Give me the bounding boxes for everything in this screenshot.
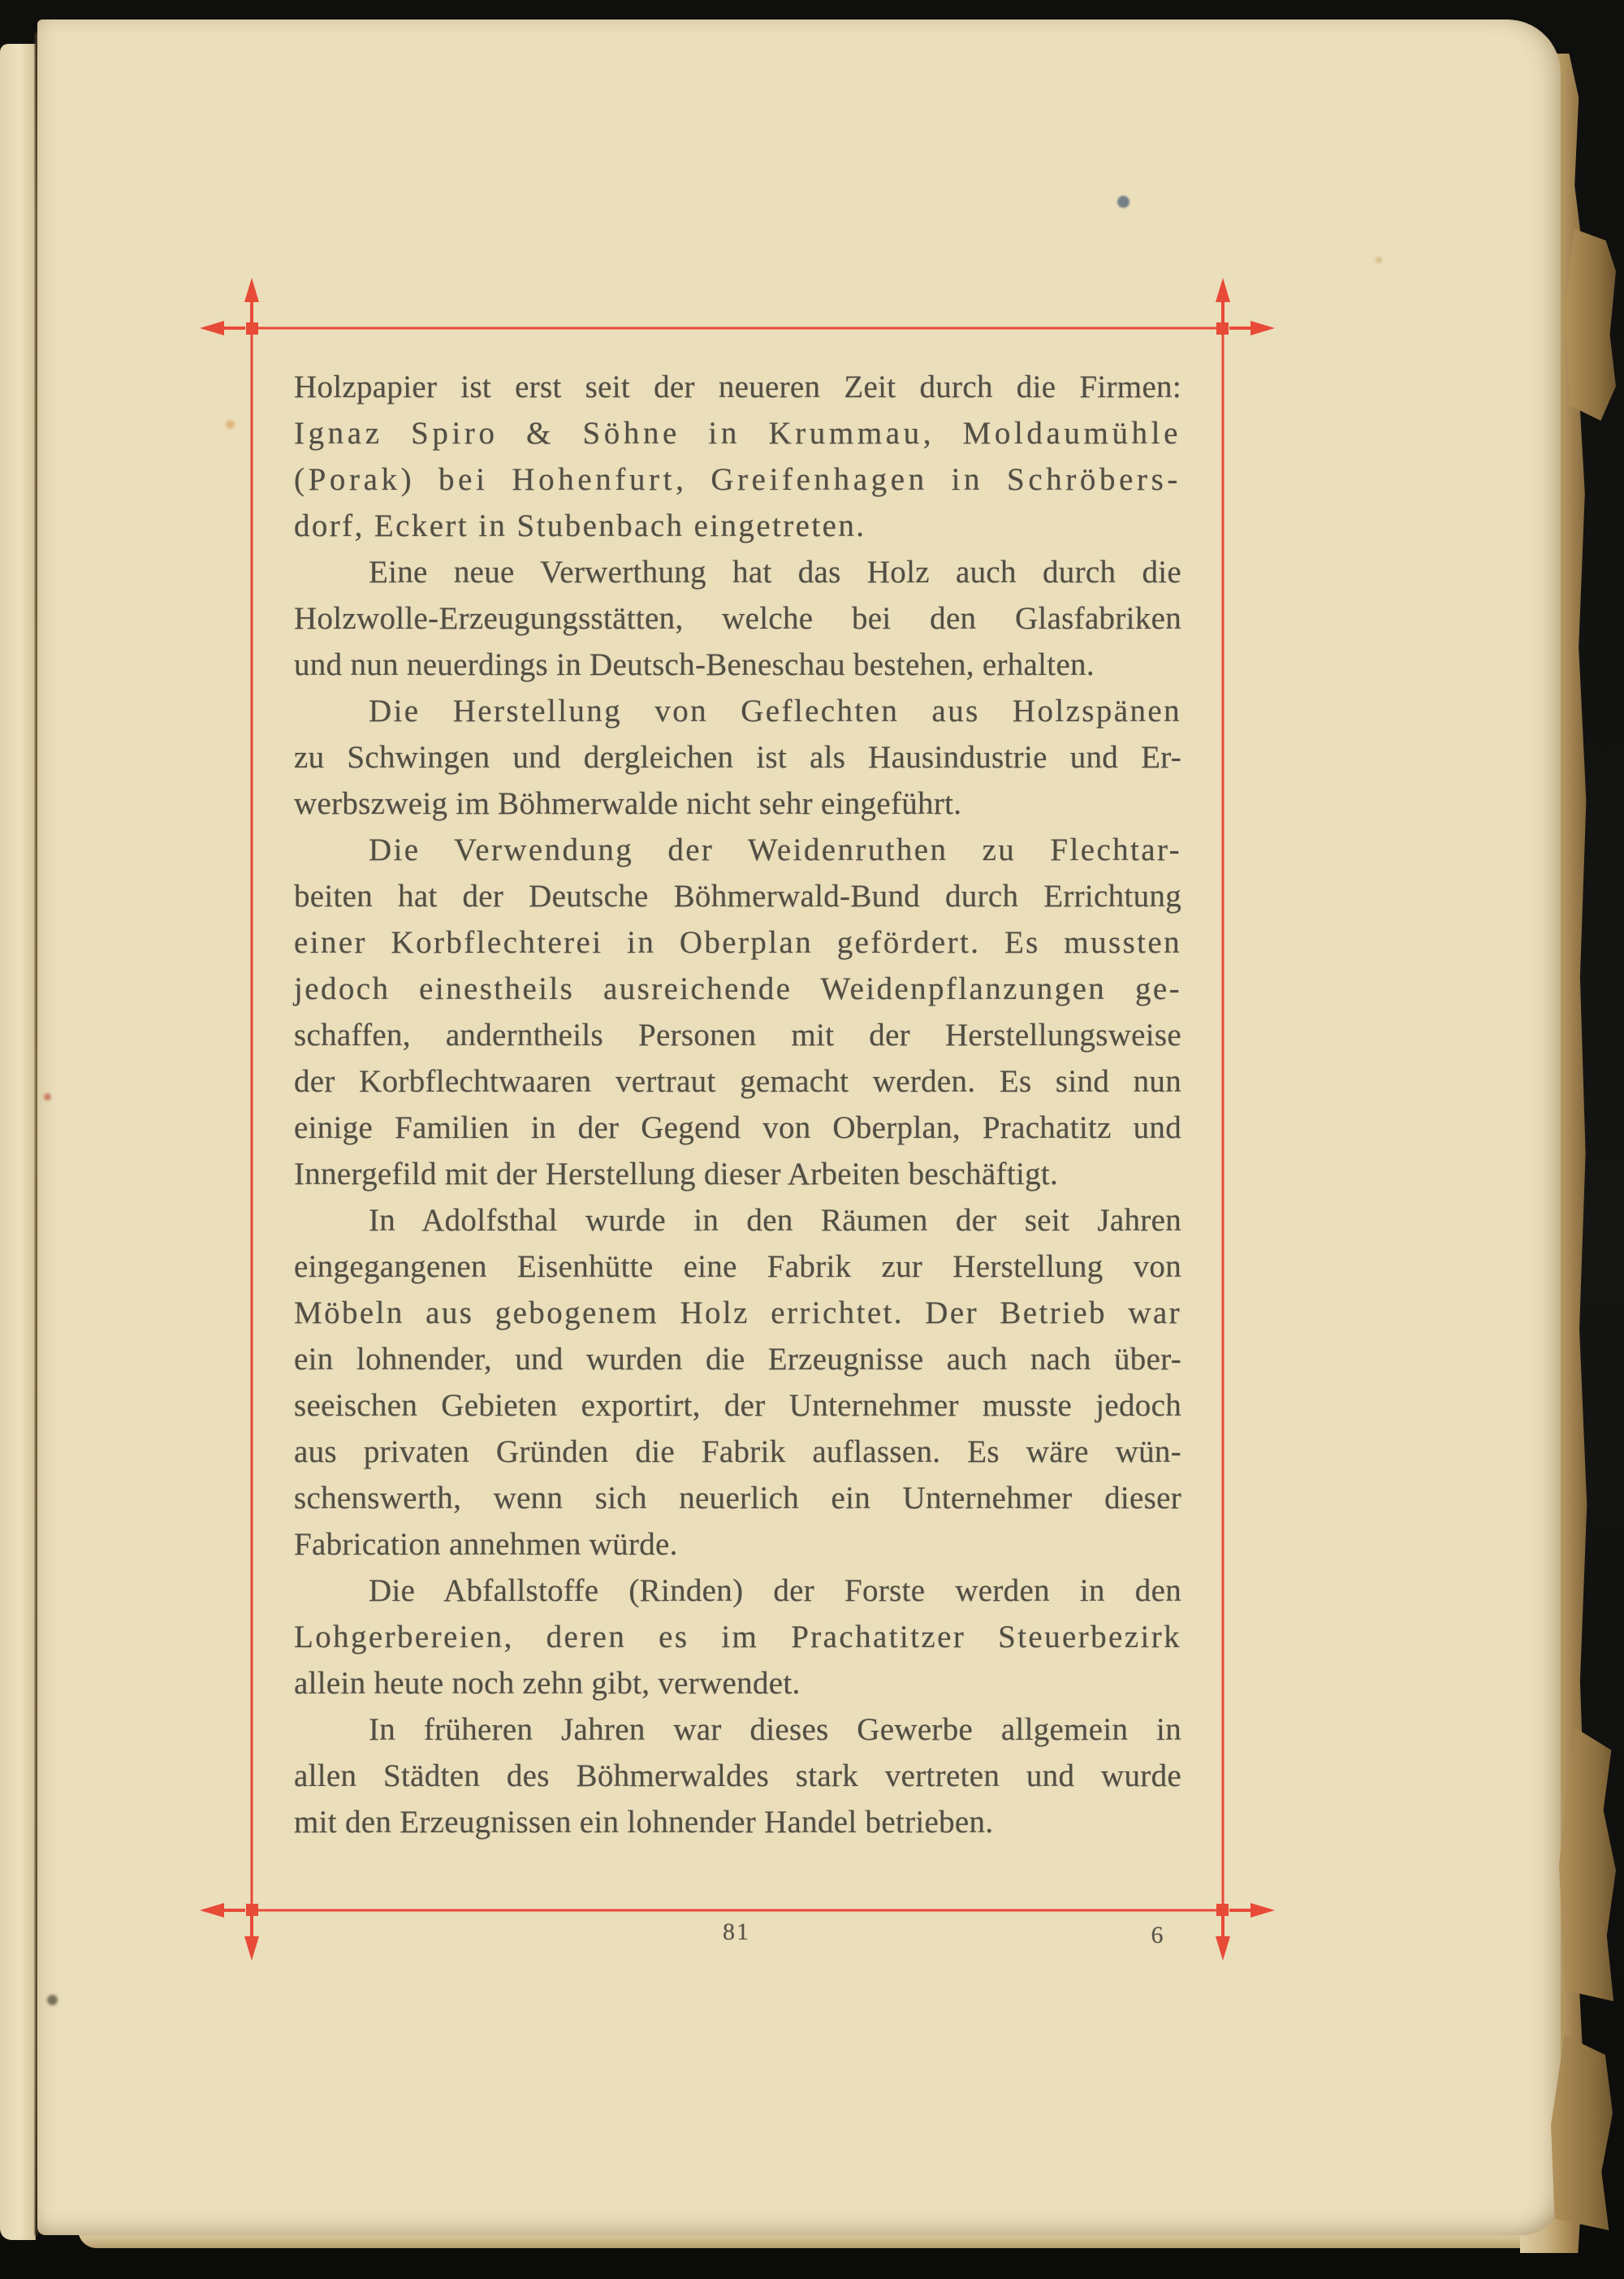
paper-stain xyxy=(1376,257,1382,263)
torn-paper-fragment xyxy=(1551,2035,1613,2230)
text-line: Die Abfallstoffe (Rinden) der Forste wer… xyxy=(294,1568,1181,1614)
text-line: Innergefild mit der Herstellung dieser A… xyxy=(294,1151,1181,1197)
paper-stain xyxy=(44,1093,51,1101)
adjacent-page-edge xyxy=(0,44,36,2240)
text-line: eingegangenen Eisenhütte eine Fabrik zur… xyxy=(294,1243,1181,1290)
text-line: einige Familien in der Gegend von Oberpl… xyxy=(294,1105,1181,1151)
text-line: In früheren Jahren war dieses Gewerbe al… xyxy=(294,1706,1181,1753)
paper-stain xyxy=(226,420,235,429)
text-line: Möbeln aus gebogenem Holz errichtet. Der… xyxy=(294,1290,1181,1336)
paper-stain xyxy=(47,1995,58,2005)
text-line: schenswerth, wenn sich neuerlich ein Unt… xyxy=(294,1475,1181,1521)
text-line: allen Städten des Böhmerwaldes stark ver… xyxy=(294,1753,1181,1799)
text-line: mit den Erzeugnissen ein lohnender Hande… xyxy=(294,1799,1181,1845)
signature-number: 6 xyxy=(1134,1922,1182,1949)
torn-paper-fragment xyxy=(1566,229,1616,421)
text-line: ein lohnender, und wurden die Erzeugniss… xyxy=(294,1336,1181,1382)
text-line: Eine neue Verwerthung hat das Holz auch … xyxy=(294,549,1181,595)
page-number: 81 xyxy=(696,1918,777,1946)
text-line: Die Herstellung von Geflechten aus Holzs… xyxy=(294,688,1181,734)
book-photo-canvas: Holzpapier ist erst seit der neueren Zei… xyxy=(0,0,1624,2279)
text-line: seeischen Gebieten exportirt, der Untern… xyxy=(294,1382,1181,1429)
ink-dot xyxy=(1117,196,1129,208)
text-line: einer Korbflechterei in Oberplan geförde… xyxy=(294,919,1181,966)
text-line: (Porak) bei Hohenfurt, Greifenhagen in S… xyxy=(294,456,1181,503)
text-line: Fabrication annehmen würde. xyxy=(294,1521,1181,1568)
text-line: zu Schwingen und dergleichen ist als Hau… xyxy=(294,734,1181,781)
text-block: Holzpapier ist erst seit der neueren Zei… xyxy=(294,364,1181,1845)
text-line: Lohgerbereien, deren es im Prachatitzer … xyxy=(294,1614,1181,1660)
text-line: Die Verwendung der Weidenruthen zu Flech… xyxy=(294,827,1181,873)
text-line: werbszweig im Böhmerwalde nicht sehr ein… xyxy=(294,781,1181,827)
text-line: Holzpapier ist erst seit der neueren Zei… xyxy=(294,364,1181,410)
text-line: beiten hat der Deutsche Böhmerwald-Bund … xyxy=(294,873,1181,919)
text-line: und nun neuerdings in Deutsch-Beneschau … xyxy=(294,642,1181,688)
text-line: allein heute noch zehn gibt, verwendet. xyxy=(294,1660,1181,1706)
text-line: Holzwolle-Erzeugungsstätten, welche bei … xyxy=(294,595,1181,642)
text-line: aus privaten Gründen die Fabrik auflasse… xyxy=(294,1429,1181,1475)
text-line: dorf, Eckert in Stubenbach eingetreten. xyxy=(294,503,1181,549)
text-line: jedoch einestheils ausreichende Weidenpf… xyxy=(294,966,1181,1012)
text-line: der Korbflechtwaaren vertraut gemacht we… xyxy=(294,1058,1181,1105)
text-line: Ignaz Spiro & Söhne in Krummau, Moldaumü… xyxy=(294,410,1181,456)
text-line: In Adolfsthal wurde in den Räumen der se… xyxy=(294,1197,1181,1243)
text-line: schaffen, anderntheils Personen mit der … xyxy=(294,1012,1181,1058)
